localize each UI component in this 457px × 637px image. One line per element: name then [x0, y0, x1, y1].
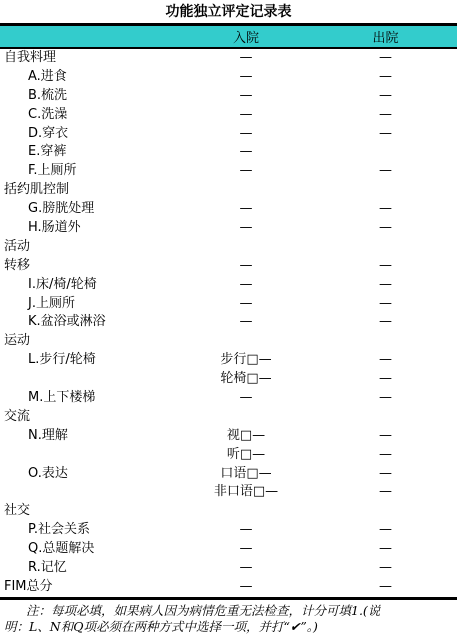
table-row: FIM总分——	[0, 578, 457, 597]
admission-value: —	[178, 389, 314, 408]
discharge-value: —	[314, 578, 457, 597]
discharge-value: —	[314, 295, 457, 314]
footnote-line-2: 明：L、N和Q项必须在两种方式中选择一项，并打“✔”。)	[0, 619, 457, 635]
admission-checkbox-option[interactable]: 非口语□—	[178, 483, 314, 502]
admission-value: —	[178, 521, 314, 540]
discharge-value: —	[314, 483, 457, 502]
discharge-value: —	[314, 219, 457, 238]
row-label: 自我料理	[0, 49, 178, 68]
discharge-value: —	[314, 521, 457, 540]
discharge-value: —	[314, 313, 457, 332]
page-title: 功能独立评定记录表	[0, 0, 457, 21]
table-row: O.表达口语□——	[0, 465, 457, 484]
discharge-value: —	[314, 559, 457, 578]
row-label: K.盆浴或淋浴	[0, 313, 178, 332]
discharge-value: —	[314, 446, 457, 465]
table-row: 轮椅□——	[0, 370, 457, 389]
admission-value: —	[178, 125, 314, 144]
table-row: 自我料理——	[0, 49, 457, 68]
row-label: L.步行/轮椅	[0, 351, 178, 370]
discharge-value: —	[314, 162, 457, 181]
table-row: 听□——	[0, 446, 457, 465]
admission-checkbox-option[interactable]: 视□—	[178, 427, 314, 446]
row-label: H.肠道外	[0, 219, 178, 238]
discharge-value: —	[314, 200, 457, 219]
row-label: A.进食	[0, 68, 178, 87]
table-row: 转移——	[0, 257, 457, 276]
row-label: 活动	[0, 238, 178, 257]
admission-checkbox-option[interactable]: 听□—	[178, 446, 314, 465]
admission-value: —	[178, 200, 314, 219]
row-label: 交流	[0, 408, 178, 427]
row-label: 运动	[0, 332, 178, 351]
table-body: 自我料理——A.进食——B.梳洗——C.洗澡——D.穿衣——E.穿裤—F.上厕所…	[0, 49, 457, 600]
row-label: J.上厕所	[0, 295, 178, 314]
row-label: FIM总分	[0, 578, 178, 597]
admission-value: —	[178, 313, 314, 332]
discharge-value: —	[314, 389, 457, 408]
table-row: J.上厕所——	[0, 295, 457, 314]
discharge-value: —	[314, 257, 457, 276]
row-label: I.床/椅/轮椅	[0, 276, 178, 295]
table-row: K.盆浴或淋浴——	[0, 313, 457, 332]
discharge-value: —	[314, 540, 457, 559]
table-row: 非口语□——	[0, 483, 457, 502]
admission-value: —	[178, 143, 314, 162]
table-header-row: 入院 出院	[0, 26, 457, 49]
table-row: M.上下楼梯——	[0, 389, 457, 408]
table-row: B.梳洗——	[0, 87, 457, 106]
admission-value: —	[178, 87, 314, 106]
admission-column-header: 入院	[178, 27, 314, 46]
discharge-value: —	[314, 276, 457, 295]
table-row: D.穿衣——	[0, 125, 457, 144]
admission-value: —	[178, 578, 314, 597]
footnote: 注：每项必填，如果病人因为病情危重无法检查，计分可填1.(说 明：L、N和Q项必…	[0, 600, 457, 635]
table-row: R.记忆——	[0, 559, 457, 578]
table-row: A.进食——	[0, 68, 457, 87]
row-label: B.梳洗	[0, 87, 178, 106]
row-label: R.记忆	[0, 559, 178, 578]
table-row: G.膀胱处理——	[0, 200, 457, 219]
admission-value: —	[178, 559, 314, 578]
admission-value: —	[178, 540, 314, 559]
admission-value: —	[178, 68, 314, 87]
admission-value: —	[178, 162, 314, 181]
table-row: 运动	[0, 332, 457, 351]
discharge-value: —	[314, 370, 457, 389]
admission-checkbox-option[interactable]: 轮椅□—	[178, 370, 314, 389]
admission-value: —	[178, 219, 314, 238]
discharge-value: —	[314, 351, 457, 370]
row-label: 转移	[0, 257, 178, 276]
table-row: Q.总题解决——	[0, 540, 457, 559]
admission-value: —	[178, 49, 314, 68]
row-label: E.穿裤	[0, 143, 178, 162]
table-row: L.步行/轮椅步行□——	[0, 351, 457, 370]
discharge-value: —	[314, 49, 457, 68]
table-row: 活动	[0, 238, 457, 257]
table-row: 社交	[0, 502, 457, 521]
table-row: F.上厕所——	[0, 162, 457, 181]
admission-value: —	[178, 106, 314, 125]
row-label: M.上下楼梯	[0, 389, 178, 408]
row-label: G.膀胱处理	[0, 200, 178, 219]
table-row: P.社会关系——	[0, 521, 457, 540]
row-label: O.表达	[0, 465, 178, 484]
table-row: C.洗澡——	[0, 106, 457, 125]
row-label: C.洗澡	[0, 106, 178, 125]
discharge-column-header: 出院	[314, 27, 457, 46]
discharge-value: —	[314, 465, 457, 484]
row-label: 括约肌控制	[0, 181, 178, 200]
table-row: 括约肌控制	[0, 181, 457, 200]
row-label: 社交	[0, 502, 178, 521]
row-label: Q.总题解决	[0, 540, 178, 559]
row-label: F.上厕所	[0, 162, 178, 181]
discharge-value: —	[314, 87, 457, 106]
footnote-line-1: 注：每项必填，如果病人因为病情危重无法检查，计分可填1.(说	[0, 603, 457, 619]
discharge-value: —	[314, 68, 457, 87]
admission-value: —	[178, 276, 314, 295]
admission-value: —	[178, 257, 314, 276]
admission-checkbox-option[interactable]: 口语□—	[178, 465, 314, 484]
row-label: N.理解	[0, 427, 178, 446]
table-row: 交流	[0, 408, 457, 427]
table-row: N.理解视□——	[0, 427, 457, 446]
table-row: H.肠道外——	[0, 219, 457, 238]
row-label: P.社会关系	[0, 521, 178, 540]
table-row: E.穿裤—	[0, 143, 457, 162]
fim-table: 入院 出院 自我料理——A.进食——B.梳洗——C.洗澡——D.穿衣——E.穿裤…	[0, 23, 457, 600]
discharge-value: —	[314, 427, 457, 446]
admission-value: —	[178, 295, 314, 314]
discharge-value: —	[314, 125, 457, 144]
admission-checkbox-option[interactable]: 步行□—	[178, 351, 314, 370]
discharge-value: —	[314, 106, 457, 125]
table-row: I.床/椅/轮椅——	[0, 276, 457, 295]
row-label: D.穿衣	[0, 125, 178, 144]
